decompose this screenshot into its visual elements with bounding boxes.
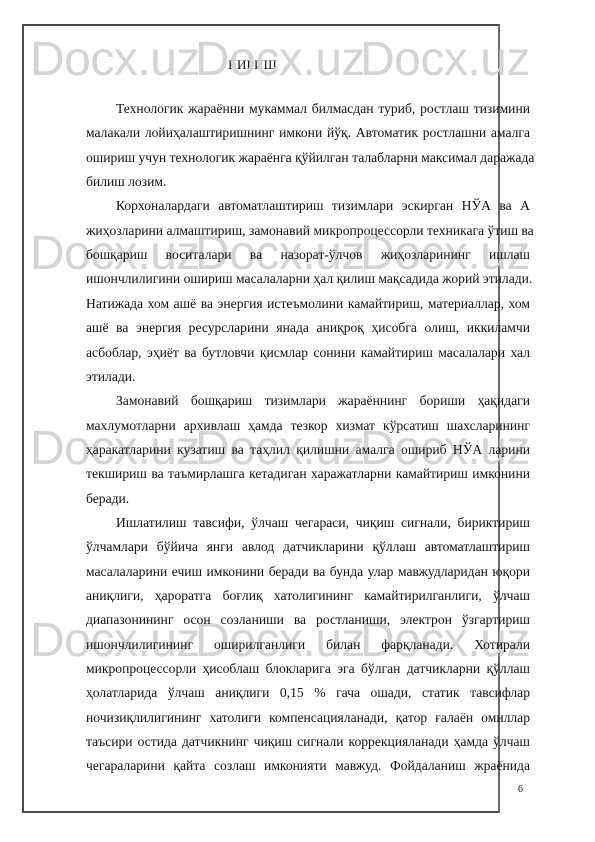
text-line: ишончлилигининг оширилганлиги билан фарқ…: [86, 635, 530, 655]
text-line: ночизиқлилигининг хатолиги компенсацияла…: [86, 708, 530, 728]
page-title: КИРИШ: [0, 57, 505, 73]
text-line: аниқлиги, ҳароратга боғлиқ хатолигининг …: [86, 586, 530, 606]
text-line: масалаларини ечиш имконини беради ва бун…: [86, 562, 530, 582]
text-line: этилади.: [86, 367, 530, 387]
page-number: 6: [518, 784, 523, 795]
text-line: жиҳозларини алмаштириш, замонавий микроп…: [86, 221, 530, 241]
text-line: ашё ва энергия ресурсларини янада аниқро…: [86, 318, 530, 338]
text-line: Замонавий бошқариш тизимлари жараённинг …: [116, 391, 530, 411]
text-line: ҳолатларида ўлчаш аниқлиги 0,15 % гача о…: [86, 683, 530, 703]
text-line: таъсири остида датчикнинг чиқиш сигнали …: [86, 732, 530, 752]
text-line: Корхоналардаги автоматлаштириш тизимлари…: [116, 196, 530, 216]
text-line: ҳаракатларини кузатиш ва таҳлил қилишни …: [86, 440, 530, 460]
text-line: диапазонининг осон созланиши ва ростлани…: [86, 610, 530, 630]
text-line: текшириш ва таъмирлашга кетадиган хаража…: [86, 464, 530, 484]
text-line: ошириш учун технологик жараёнга қўйилган…: [86, 148, 530, 168]
text-line: микропроцессорли ҳисоблаш блокларига эга…: [86, 659, 530, 679]
text-line: махлумотларни архивлаш ҳамда тезкор хизм…: [86, 416, 530, 436]
text-line: чегараларини қайта созлаш имконияти мавж…: [86, 756, 530, 776]
text-line: Натижада хом ашё ва энергия истеъмолини …: [86, 294, 530, 314]
text-line: билиш лозим.: [86, 172, 530, 192]
text-line: малакали лойиҳалаштиришнинг имкони йўқ. …: [86, 123, 530, 143]
text-line: Ишлатилиш тавсифи, ўлчаш чегараси, чиқиш…: [116, 513, 530, 533]
text-line: ўлчамлари бўйича янги авлод датчикларини…: [86, 537, 530, 557]
text-line: беради.: [86, 489, 530, 509]
text-line: асбоблар, эҳиёт ва бутловчи қисмлар сони…: [86, 343, 530, 363]
text-line: ишончлилигини ошириш масалаларни ҳал қил…: [86, 269, 530, 289]
text-line: Технологик жараённи мукаммал билмасдан т…: [116, 99, 530, 119]
text-line: бошқариш воситалари ва назорат-ўлчов жиҳ…: [86, 245, 530, 265]
